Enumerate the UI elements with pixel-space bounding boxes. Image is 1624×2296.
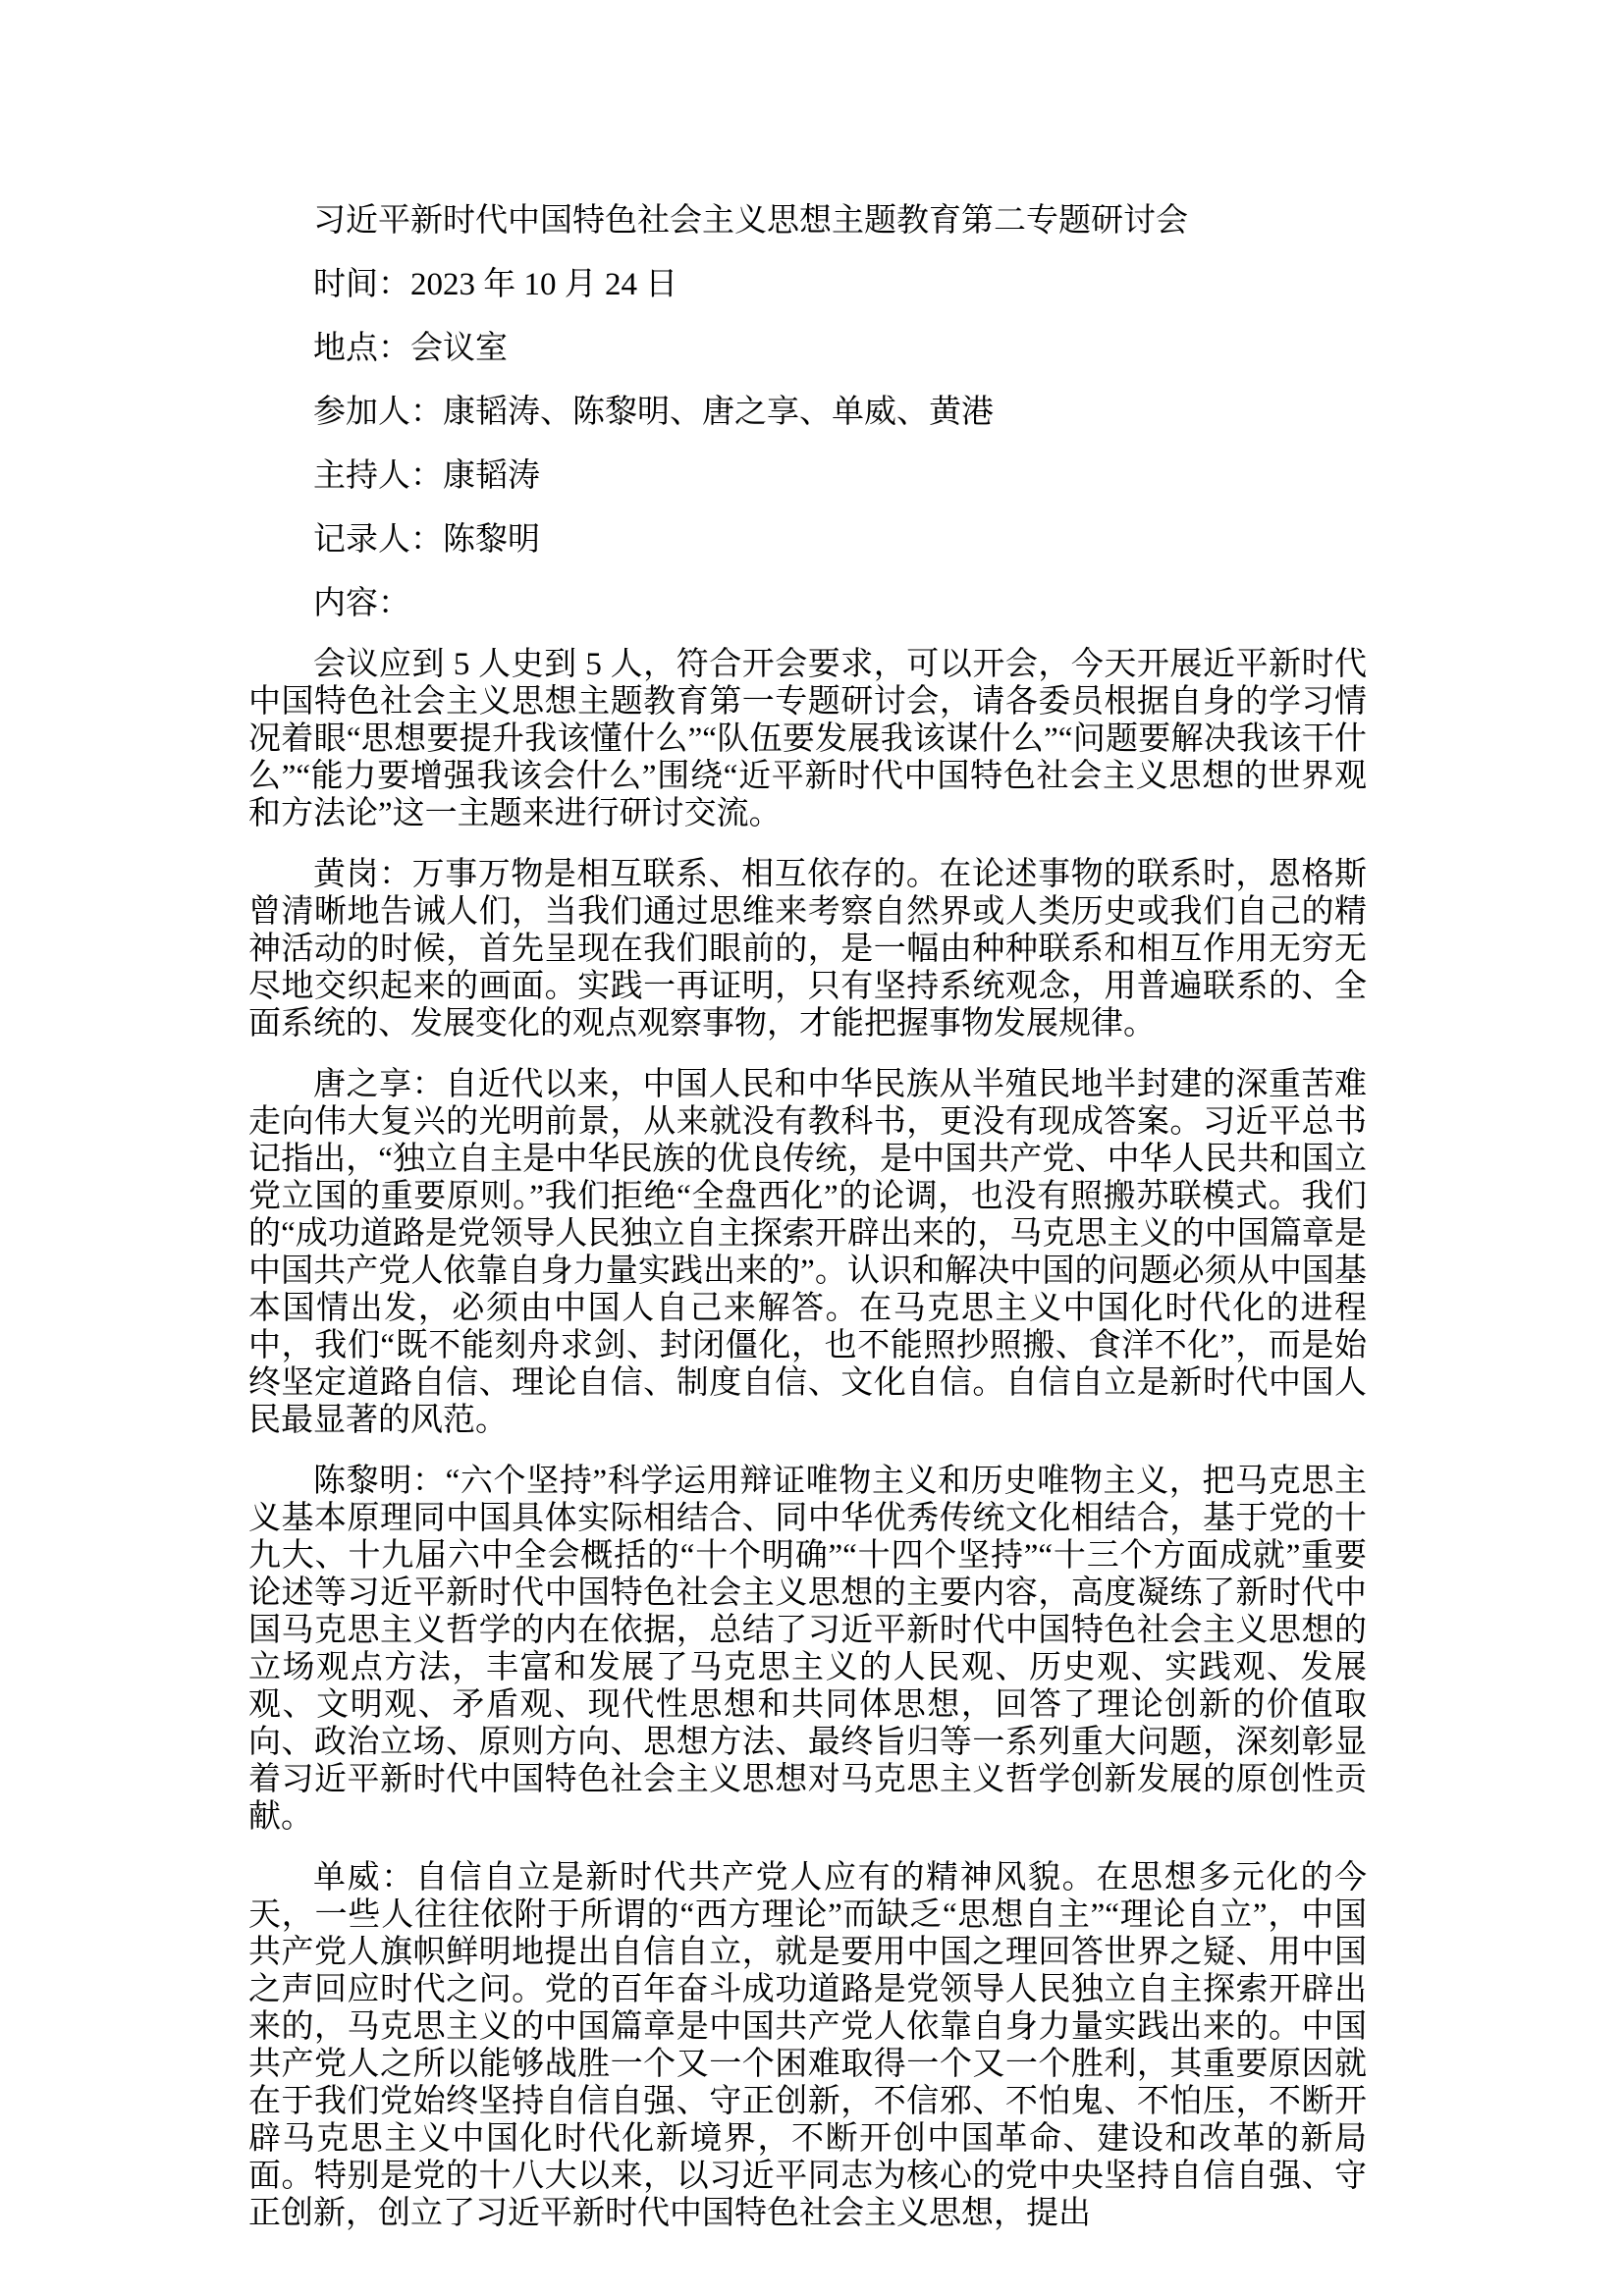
meta-line-participants: 参加人：康韬涛、陈黎明、唐之享、单威、黄港 bbox=[248, 391, 1367, 434]
paragraph-speech-huang-gang: 黄岗：万事万物是相互联系、相互依存的。在论述事物的联系时，恩格斯曾清晰地告诫人们… bbox=[248, 856, 1367, 1042]
document-title: 习近平新时代中国特色社会主义思想主题教育第二专题研讨会 bbox=[248, 199, 1367, 242]
meta-label-host: 主持人： bbox=[313, 458, 443, 494]
meta-line-recorder: 记录人：陈黎明 bbox=[248, 518, 1367, 561]
meta-value-recorder: 陈黎明 bbox=[443, 522, 540, 558]
meta-value-location: 会议室 bbox=[410, 331, 508, 366]
meta-value-participants: 康韬涛、陈黎明、唐之享、单威、黄港 bbox=[443, 395, 994, 430]
speech-text: 自近代以来，中国人民和中华民族从半殖民地半封建的深重苦难走向伟大复兴的光明前景，… bbox=[248, 1067, 1367, 1438]
meta-label-content: 内容： bbox=[313, 586, 410, 621]
paragraph-speech-shan-wei: 单威：自信自立是新时代共产党人应有的精神风貌。在思想多元化的今天，一些人往往依附… bbox=[248, 1859, 1367, 2232]
meta-line-content-header: 内容： bbox=[248, 582, 1367, 625]
paragraph-speech-chen-liming: 陈黎明：“六个坚持”科学运用辩证唯物主义和历史唯物主义，把马克思主义基本原理同中… bbox=[248, 1463, 1367, 1836]
speech-text: 会议应到 5 人史到 5 人，符合开会要求，可以开会，今天开展近平新时代中国特色… bbox=[248, 647, 1367, 831]
meta-value-host: 康韬涛 bbox=[443, 458, 540, 494]
document-page: 习近平新时代中国特色社会主义思想主题教育第二专题研讨会 时间：2023 年 10… bbox=[0, 0, 1624, 2296]
meta-value-time: 2023 年 10 月 24 日 bbox=[410, 267, 677, 302]
speech-text: 万事万物是相互联系、相互依存的。在论述事物的联系时，恩格斯曾清晰地告诫人们，当我… bbox=[248, 857, 1367, 1041]
meta-label-recorder: 记录人： bbox=[313, 522, 443, 558]
speaker-name: 唐之享： bbox=[313, 1067, 445, 1102]
meta-line-time: 时间：2023 年 10 月 24 日 bbox=[248, 263, 1367, 306]
paragraph-speech-tang-zhixiang: 唐之享：自近代以来，中国人民和中华民族从半殖民地半封建的深重苦难走向伟大复兴的光… bbox=[248, 1066, 1367, 1439]
speech-text: “六个坚持”科学运用辩证唯物主义和历史唯物主义，把马克思主义基本原理同中国具体实… bbox=[248, 1464, 1367, 1835]
meta-label-participants: 参加人： bbox=[313, 395, 443, 430]
meta-label-location: 地点： bbox=[313, 331, 410, 366]
paragraph-opening: 会议应到 5 人史到 5 人，符合开会要求，可以开会，今天开展近平新时代中国特色… bbox=[248, 646, 1367, 832]
speech-text: 自信自立是新时代共产党人应有的精神风貌。在思想多元化的今天，一些人往往依附于所谓… bbox=[248, 1860, 1367, 2231]
meta-label-time: 时间： bbox=[313, 267, 410, 302]
document-content: 习近平新时代中国特色社会主义思想主题教育第二专题研讨会 时间：2023 年 10… bbox=[248, 199, 1367, 2256]
speaker-name: 黄岗： bbox=[313, 857, 412, 892]
meta-line-location: 地点：会议室 bbox=[248, 327, 1367, 370]
speaker-name: 陈黎明： bbox=[313, 1464, 446, 1499]
meta-line-host: 主持人：康韬涛 bbox=[248, 454, 1367, 498]
speaker-name: 单威： bbox=[313, 1860, 415, 1896]
